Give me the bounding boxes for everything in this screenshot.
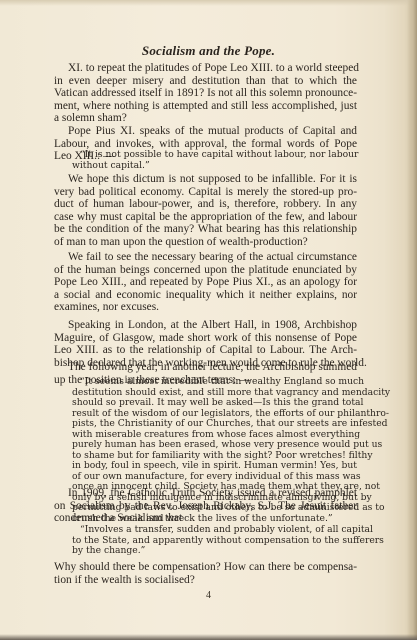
text-line: of man to man upon the question of wealt…	[54, 235, 357, 249]
quote-line: pists, the Christianity of our Churches,…	[72, 418, 357, 429]
book-page: Socialism and the Pope. XI. to repeat th…	[0, 0, 417, 640]
quote-line: result of the wisdom of our legislators,…	[72, 408, 357, 419]
page-gutter-edge	[407, 0, 417, 640]
quote-line: with miserable creatures from whose face…	[72, 429, 357, 440]
quote-line: “Involves a transfer, sudden and probabl…	[72, 524, 357, 535]
quote-line: purely human has been erased, whose very…	[72, 439, 357, 450]
quote-line: to the State, and apparently without com…	[72, 535, 357, 546]
quote-line: without capital.”	[72, 160, 357, 171]
page-number: 4	[0, 590, 417, 601]
quote-line: in body, foul in speech, vile in spirit.…	[72, 460, 357, 471]
text-line: tion if the wealth is socialised?	[54, 573, 357, 587]
quote-line: destitution should exist, and still more…	[72, 387, 357, 398]
quote-line: should so prevail. It may well be asked—…	[72, 397, 357, 408]
page-body-text: XI. to repeat the platitudes of Pope Leo…	[54, 0, 357, 640]
quote-line: by the change.”	[72, 545, 357, 556]
quote-line: of our own manufacture, for every indivi…	[72, 471, 357, 482]
text-line: examines, nor excuses.	[54, 300, 357, 314]
quote-line: to shame but for familiarity with the si…	[72, 450, 357, 461]
quote-line: “It is not possible to have capital with…	[72, 149, 357, 160]
quote-line: “It seems almost incredible that in weal…	[72, 376, 357, 387]
